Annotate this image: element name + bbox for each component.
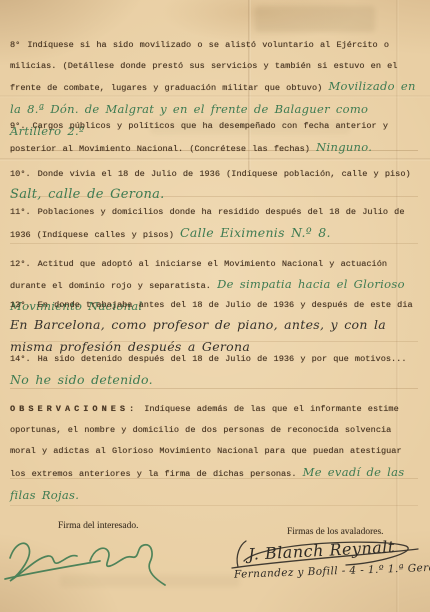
question-number: 8°: [10, 40, 20, 50]
interested-signature: [2, 528, 217, 592]
handwritten-answer: Calle Eiximenis N.º 8.: [180, 225, 331, 240]
question-number: 13°.: [10, 300, 31, 310]
avaladores-signature-label: Firmas de los avaladores.: [287, 527, 384, 537]
document-page: 8°Indíquese si ha sido movilizado o se a…: [0, 0, 430, 612]
question-number: 14°.: [10, 354, 31, 364]
question-14: 14°.Ha sido detenido después del 18 de J…: [10, 349, 420, 392]
question-number: 10°.: [10, 169, 31, 179]
question-9: 9°.Cargos públicos y políticos que ha de…: [10, 116, 420, 159]
question-printed-text: Donde vivia el 18 de Julio de 1936 (Indí…: [38, 169, 411, 179]
question-number: 12°.: [10, 259, 31, 269]
bleed-through-smudge: [255, 6, 375, 32]
question-number: 9°.: [10, 121, 25, 131]
question-printed-text: En donde trabajaba antes del 18 de Julio…: [38, 300, 413, 310]
question-11: 11°.Poblaciones y domicilios donde ha re…: [10, 202, 420, 245]
question-printed-text: Ha sido detenido después del 18 de Julio…: [38, 354, 407, 364]
observaciones-label: OBSERVACIONES:: [10, 404, 138, 414]
observaciones-section: OBSERVACIONES:Indíquese además de las qu…: [10, 399, 420, 508]
handwritten-answer: Ninguno.: [316, 140, 372, 154]
question-10: 10°.Donde vivia el 18 de Julio de 1936 (…: [10, 164, 420, 206]
question-number: 11°.: [10, 207, 31, 217]
handwritten-answer: No he sido detenido.: [10, 372, 153, 387]
handwritten-answer: Salt, calle de Gerona.: [10, 187, 165, 202]
